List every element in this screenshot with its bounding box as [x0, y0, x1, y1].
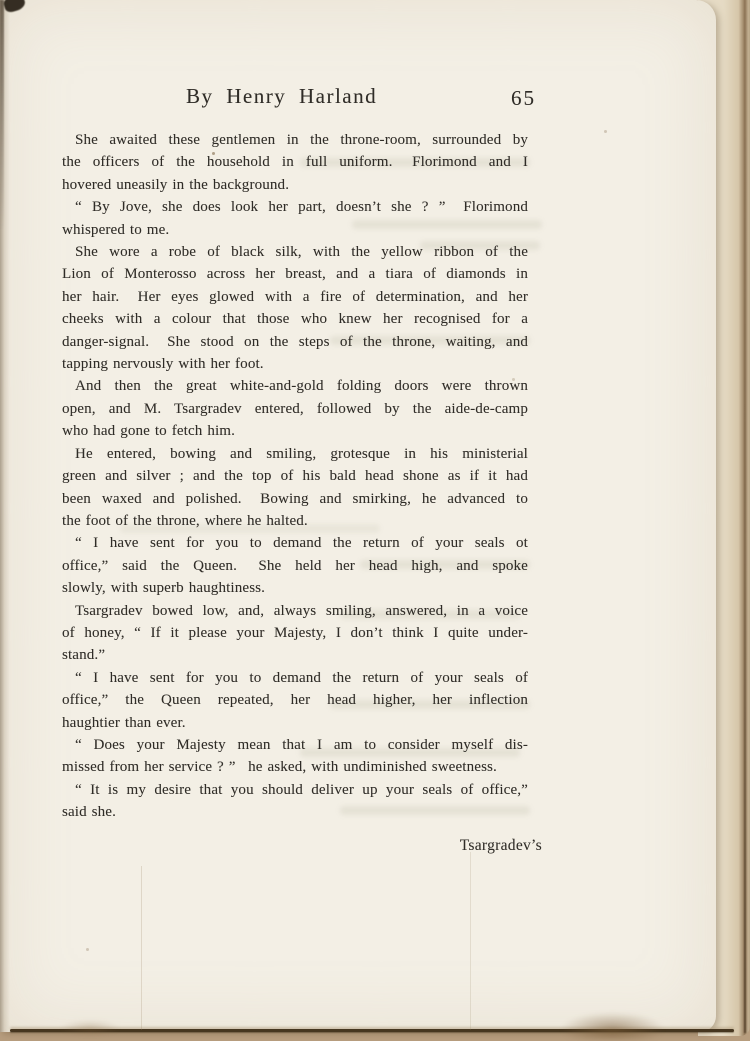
text-line: whispered to me.	[62, 219, 528, 241]
text-line: And then the great white-and-gold foldin…	[62, 375, 528, 397]
paper-speck	[604, 130, 607, 133]
text-line: tapping nervously with her foot.	[62, 353, 528, 375]
text-line: danger-signal. She stood on the steps of…	[62, 331, 528, 353]
stain-small	[60, 1020, 120, 1036]
text-line: Lion of Monterosso across her breast, an…	[62, 263, 528, 285]
paragraph: He entered, bowing and smiling, grotesqu…	[62, 443, 528, 533]
paragraph: “ By Jove, she does look her part, doesn…	[62, 196, 528, 241]
header-title: By Henry Harland	[186, 84, 377, 109]
text-block: By Henry Harland 65 She awaited these ge…	[62, 84, 528, 855]
text-line: “ Does your Majesty mean that I am to co…	[62, 734, 528, 756]
paper-crease	[141, 866, 142, 1030]
catchword: Tsargradev’s	[62, 837, 542, 855]
text-line: office,” said the Queen. She held her he…	[62, 555, 528, 577]
paper-speck	[86, 948, 89, 951]
text-line: stand.”	[62, 644, 528, 666]
book-scan-photo: By Henry Harland 65 She awaited these ge…	[0, 0, 750, 1041]
text-line: “ It is my desire that you should delive…	[62, 779, 528, 801]
running-header: By Henry Harland 65	[62, 84, 528, 114]
text-line: said she.	[62, 801, 528, 823]
text-line: Tsargradev bowed low, and, always smilin…	[62, 600, 528, 622]
stain	[560, 1012, 665, 1040]
text-line: the foot of the throne, where he halted.	[62, 510, 528, 532]
text-line: cheeks with a colour that those who knew…	[62, 308, 528, 330]
text-line: “ I have sent for you to demand the retu…	[62, 667, 528, 689]
text-line: office,” the Queen repeated, her head hi…	[62, 689, 528, 711]
text-line: green and silver ; and the top of his ba…	[62, 465, 528, 487]
paragraphs: She awaited these gentlemen in the thron…	[62, 129, 528, 824]
page-left-edge-dark	[0, 0, 4, 230]
text-line: open, and M. Tsargradev entered, followe…	[62, 398, 528, 420]
paragraph: “ Does your Majesty mean that I am to co…	[62, 734, 528, 779]
text-line: her hair. Her eyes glowed with a fire of…	[62, 286, 528, 308]
text-line: “ I have sent for you to demand the retu…	[62, 532, 528, 554]
text-line: who had gone to fetch him.	[62, 420, 528, 442]
paragraph: “ I have sent for you to demand the retu…	[62, 667, 528, 734]
text-line: He entered, bowing and smiling, grotesqu…	[62, 443, 528, 465]
text-line: hovered uneasily in the background.	[62, 174, 528, 196]
text-line: the officers of the household in full un…	[62, 151, 528, 173]
paragraph: “ It is my desire that you should delive…	[62, 779, 528, 824]
text-line: missed from her service ? ” he asked, wi…	[62, 756, 528, 778]
paragraph: She wore a robe of black silk, with the …	[62, 241, 528, 375]
page-right-edge-line	[744, 0, 746, 1033]
text-line: of honey, “ If it please your Majesty, I…	[62, 622, 528, 644]
text-line: She awaited these gentlemen in the thron…	[62, 129, 528, 151]
text-line: haughtier than ever.	[62, 712, 528, 734]
page-number: 65	[511, 86, 536, 111]
text-line: She wore a robe of black silk, with the …	[62, 241, 528, 263]
paragraph: She awaited these gentlemen in the thron…	[62, 129, 528, 196]
paragraph: Tsargradev bowed low, and, always smilin…	[62, 600, 528, 667]
text-line: been waxed and polished. Bowing and smir…	[62, 488, 528, 510]
text-line: “ By Jove, she does look her part, doesn…	[62, 196, 528, 218]
text-line: slowly, with superb haughtiness.	[62, 577, 528, 599]
paragraph: “ I have sent for you to demand the retu…	[62, 532, 528, 599]
paper-crease	[470, 852, 471, 1030]
paragraph: And then the great white-and-gold foldin…	[62, 375, 528, 442]
